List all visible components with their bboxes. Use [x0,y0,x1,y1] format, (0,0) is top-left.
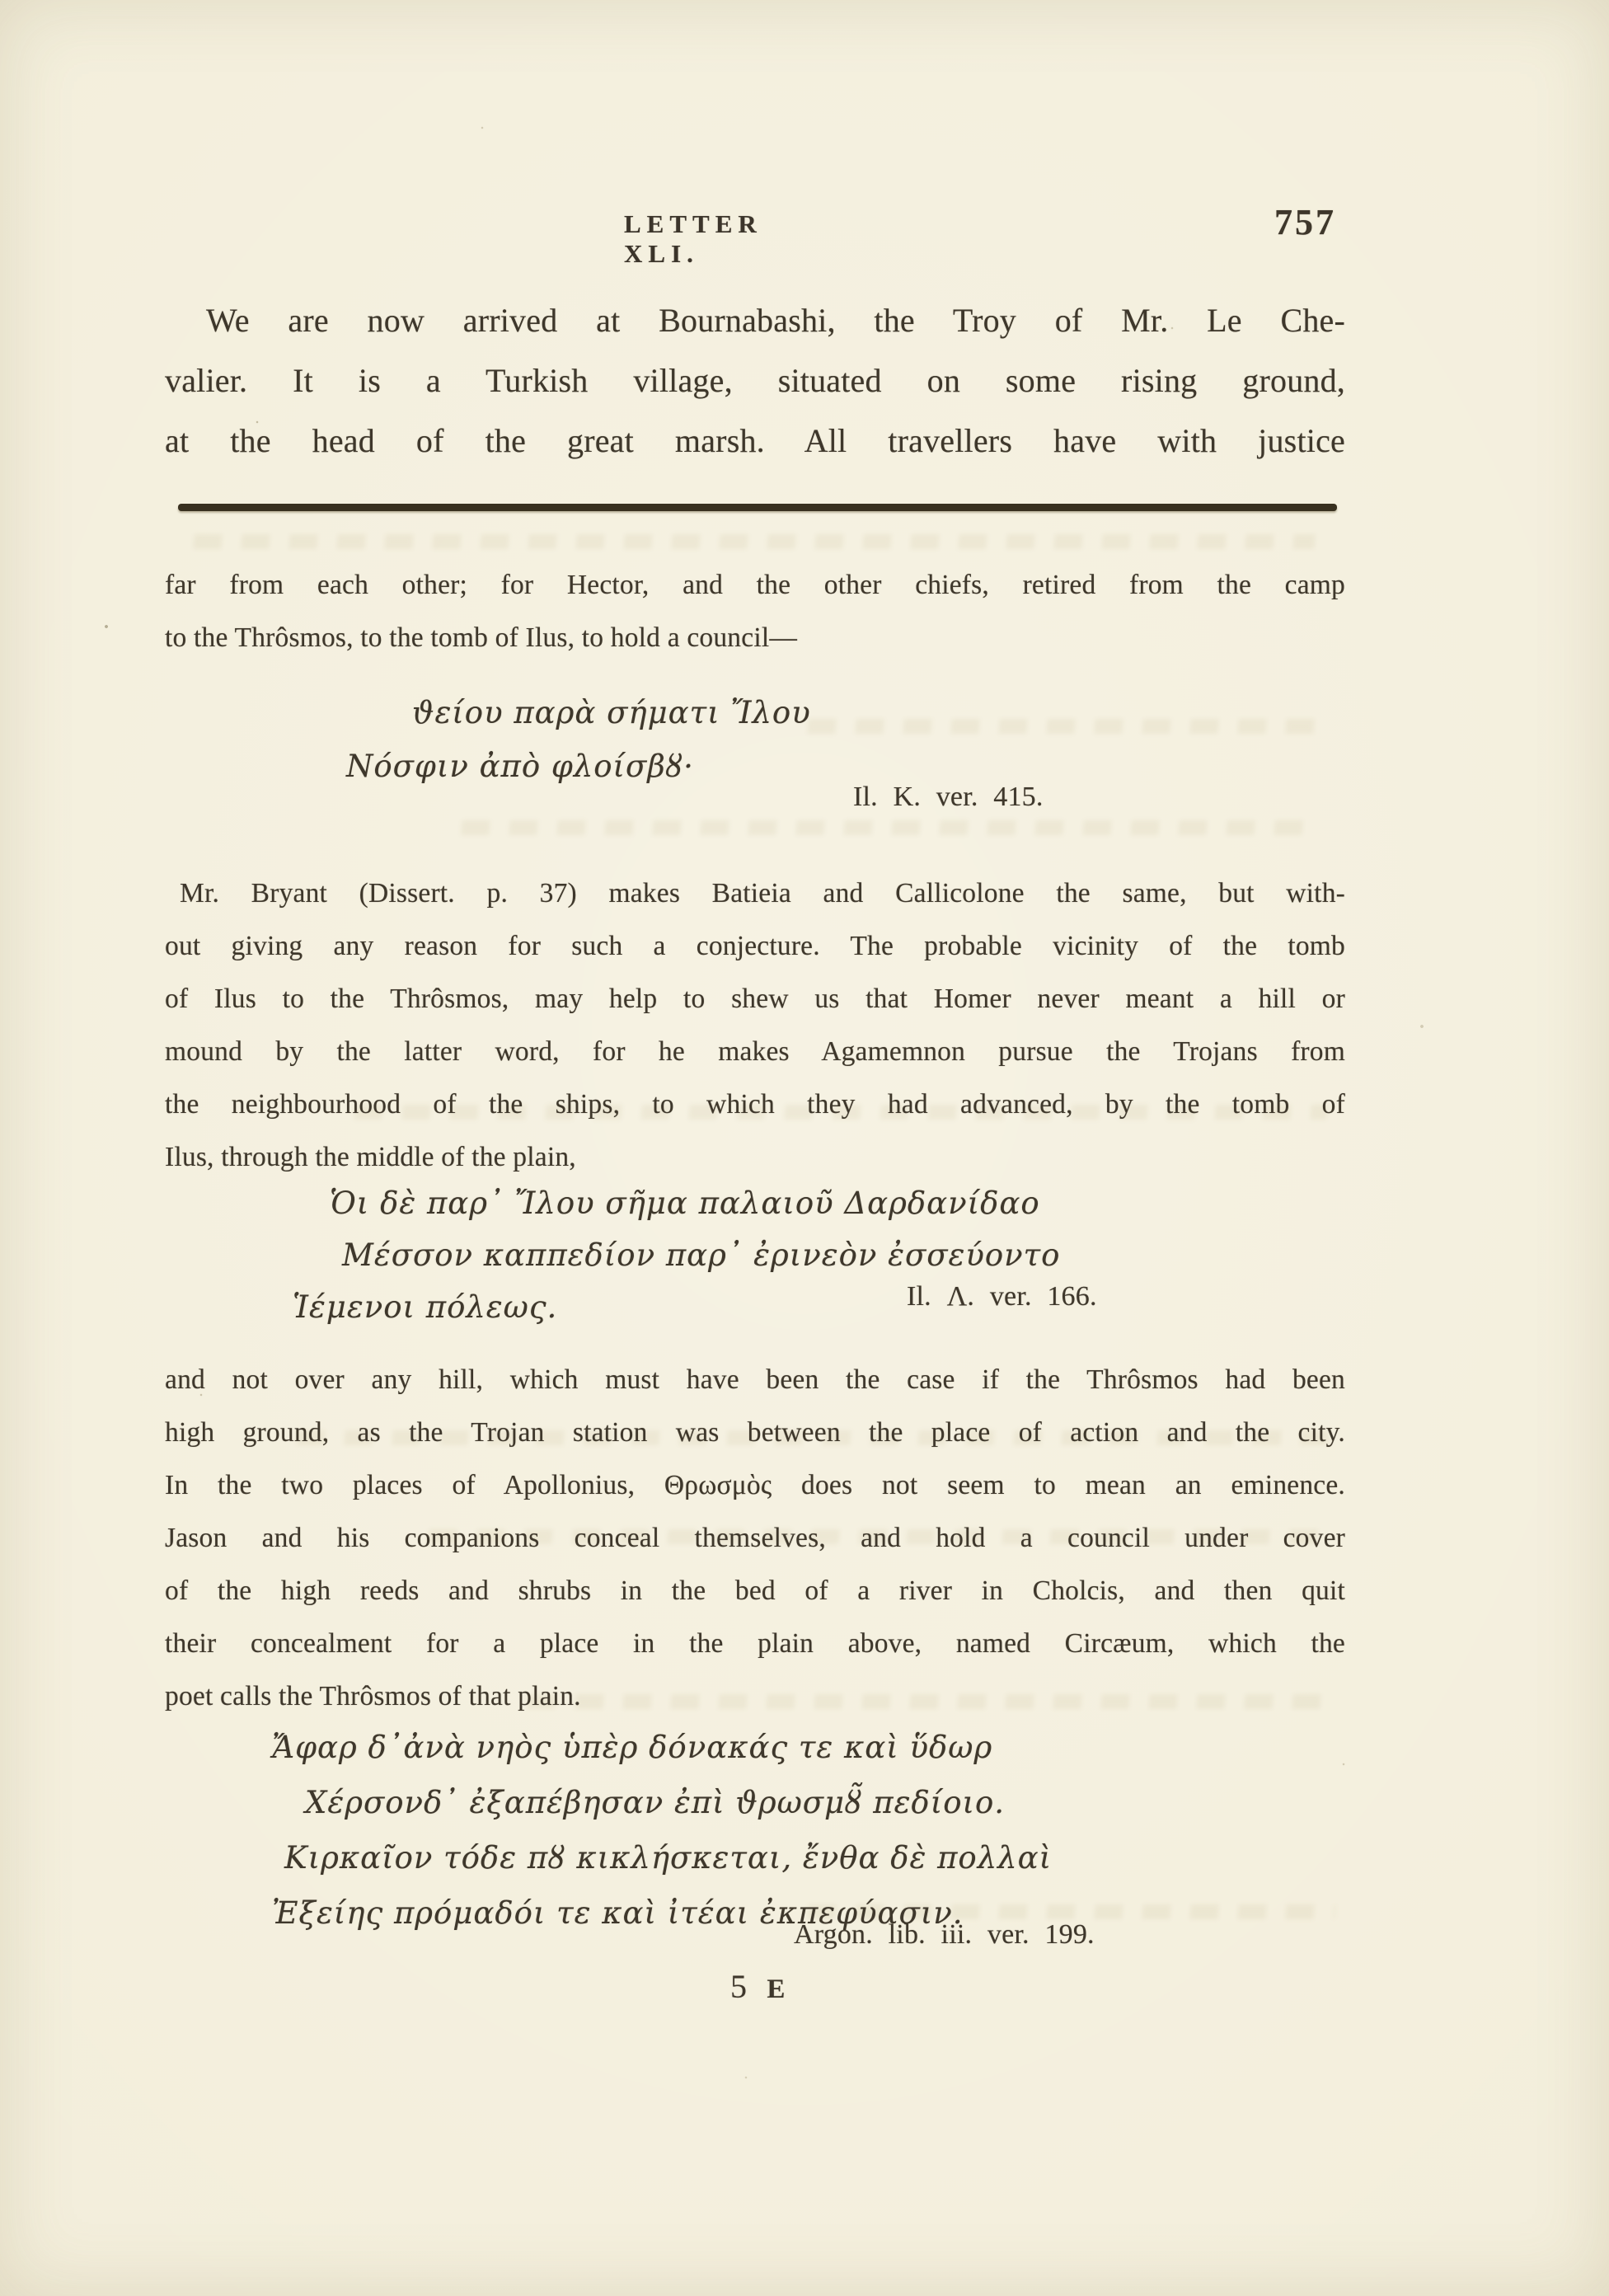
text-line: We are now arrived at Bournabashi, the T… [165,290,1345,350]
greek-quotation: ϑείου παρὰ σήματι Ἴλου Νόσφιν ἀπὸ φλοίσβ… [165,686,1345,793]
footnote-paragraph: far from each other; for Hector, and the… [165,559,1345,664]
footnote-separator-rule [178,504,1337,511]
citation-reference: Il. Λ. ver. 166. [907,1281,1097,1312]
text-line: Ilus, through the middle of the plain, [165,1131,1345,1184]
text-line: at the head of the great marsh. All trav… [165,411,1345,471]
text-line: poet calls the Thrôsmos of that plain. [165,1670,1345,1723]
greek-verse-line: Χέρσονδ᾽ ἐξαπέβησαν ἐπὶ ϑρωσμȣ̃ πεδίοιο. [305,1775,1345,1830]
citation-reference: Il. K. ver. 415. [853,782,1044,813]
text-line: of the high reeds and shrubs in the bed … [165,1565,1345,1618]
scanned-book-page: LETTER XLI. 757 We are now arrived at Bo… [0,0,1609,2296]
greek-verse-line: Νόσφιν ἀπὸ φλοίσβȣ· [346,740,1345,793]
footnote-paragraph: Mr. Bryant (Dissert. p. 37) makes Batiei… [165,867,1345,1184]
text-line: mound by the latter word, for he makes A… [165,1026,1345,1078]
citation-reference: Argon. lib. iii. ver. 199. [794,1919,1095,1951]
greek-verse-line: Ἱέμενοι πόλεως. [293,1281,1345,1333]
text-line: Jason and his companions conceal themsel… [165,1512,1345,1565]
greek-verse-line: ϑείου παρὰ σήματι Ἴλου [412,686,1345,740]
signature-number: 5 [730,1968,747,2005]
greek-quotation: Ὁι δὲ παρ᾽ Ἴλου σῆμα παλαιοῦ Δαρδανίδαο … [165,1177,1345,1333]
text-line: of Ilus to the Thrôsmos, may help to she… [165,973,1345,1026]
signature-mark: 5 E [730,1967,786,2006]
text-line: and not over any hill, which must have b… [165,1354,1345,1406]
text-line: their concealment for a place in the pla… [165,1618,1345,1670]
greek-verse-line: Κιρκαῖον τόδε πȣ κικλήσκεται, ἔνθα δὲ πο… [284,1830,1345,1885]
signature-letter: E [767,1974,785,2004]
text-line: valier. It is a Turkish village, situate… [165,350,1345,411]
text-line: high ground, as the Trojan station was b… [165,1406,1345,1459]
show-through-smudge [193,534,1315,549]
greek-verse-line: Ὁι δὲ παρ᾽ Ἴλου σῆμα παλαιοῦ Δαρδανίδαο [330,1177,1345,1229]
running-head-title: LETTER XLI. [624,209,860,269]
greek-quotation: Ἄφαρ δ᾽ἀνὰ νηὸς ὑπὲρ δόνακάς τε καὶ ὕδωρ… [165,1720,1345,1941]
text-line: Mr. Bryant (Dissert. p. 37) makes Batiei… [165,867,1345,920]
text-line: In the two places of Apollonius, Θρωσμὸς… [165,1459,1345,1512]
show-through-smudge [461,820,1319,835]
greek-verse-line: Ἄφαρ δ᾽ἀνὰ νηὸς ὑπὲρ δόνακάς τε καὶ ὕδωρ [272,1720,1345,1775]
greek-verse-line: Μέσσον καππεδίον παρ᾽ ἐρινεὸν ἐσσεύοντο [342,1229,1345,1281]
page-number: 757 [1274,201,1336,243]
text-line: the neighbourhood of the ships, to which… [165,1078,1345,1131]
footnote-paragraph: and not over any hill, which must have b… [165,1354,1345,1723]
text-line: out giving any reason for such a conject… [165,920,1345,973]
text-line: to the Thrôsmos, to the tomb of Ilus, to… [165,612,1345,664]
text-line: far from each other; for Hector, and the… [165,559,1345,612]
letter-body-paragraph: We are now arrived at Bournabashi, the T… [165,290,1345,471]
